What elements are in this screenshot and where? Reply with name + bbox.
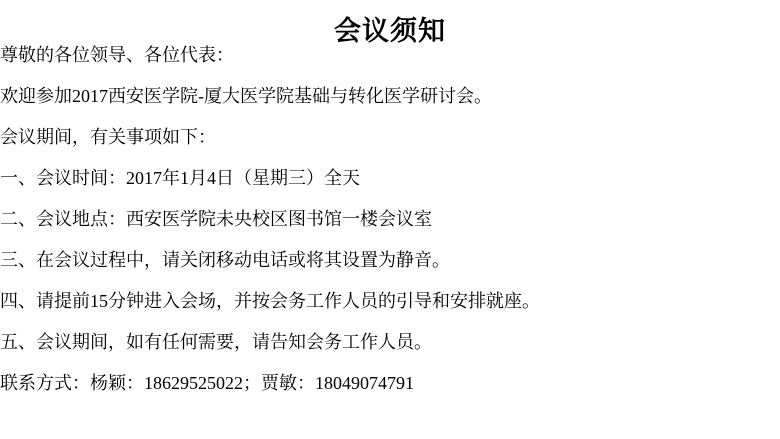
notice-item-1: 一、会议时间：2017年1月4日（星期三）全天 <box>0 169 780 187</box>
contact-line: 联系方式：杨颖：18629525022；贾敏：18049074791 <box>0 374 780 392</box>
notice-item-4: 四、请提前15分钟进入会场，并按会务工作人员的引导和安排就座。 <box>0 292 780 310</box>
notice-item-2: 二、会议地点：西安医学院未央校区图书馆一楼会议室 <box>0 210 780 228</box>
notice-item-3: 三、在会议过程中，请关闭移动电话或将其设置为静音。 <box>0 251 780 269</box>
notice-item-5: 五、会议期间，如有任何需要，请告知会务工作人员。 <box>0 333 780 351</box>
notice-lead: 会议期间，有关事项如下： <box>0 128 780 146</box>
document-page: 会议须知 尊敬的各位领导、各位代表： 欢迎参加2017西安医学院-厦大医学院基础… <box>0 0 780 439</box>
document-title: 会议须知 <box>0 0 780 46</box>
salutation: 尊敬的各位领导、各位代表： <box>0 46 780 64</box>
intro-paragraph: 欢迎参加2017西安医学院-厦大医学院基础与转化医学研讨会。 <box>0 87 780 105</box>
